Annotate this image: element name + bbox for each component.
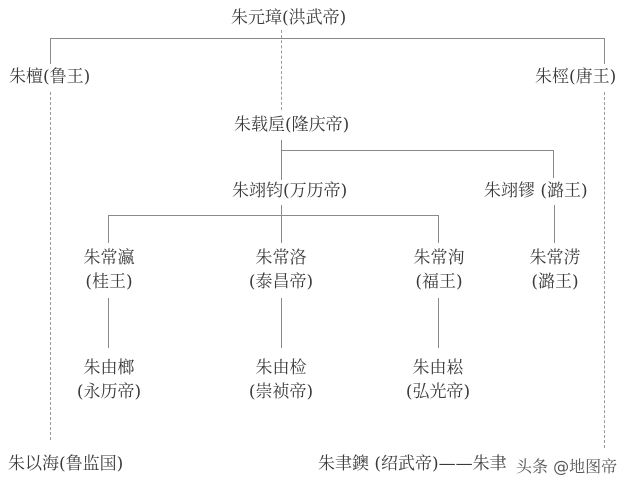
connector-longqing-horizontal [281, 150, 553, 151]
node-name: 朱常瀛 [74, 246, 144, 270]
node-taichang: 朱常洛 (泰昌帝) [236, 246, 326, 294]
node-name: 朱由榔 [64, 356, 154, 380]
node-name: 朱常淓 [520, 246, 590, 270]
node-name: 朱由崧 [393, 356, 483, 380]
node-shaowu: 朱聿鐭 (绍武帝)——朱聿 [318, 454, 507, 474]
connector-hongguang [438, 298, 439, 348]
node-chongzhen: 朱由检 (崇祯帝) [236, 356, 326, 404]
node-lu-wang-2: 朱常淓 (潞王) [520, 246, 590, 294]
family-tree-diagram: 朱元璋(洪武帝) 朱檀(鲁王) 朱桱(唐王) 朱载垕(隆庆帝) 朱翊钧(万历帝)… [0, 0, 640, 486]
node-title: (泰昌帝) [236, 270, 326, 294]
node-longqing: 朱载垕(隆庆帝) [234, 115, 349, 135]
node-gui-wang: 朱常瀛 (桂王) [74, 246, 144, 294]
node-name: 朱由检 [236, 356, 326, 380]
connector-chongzhen [281, 298, 282, 348]
node-title: (潞王) [520, 270, 590, 294]
node-wanli: 朱翊钧(万历帝) [232, 181, 347, 201]
connector-root-left [50, 38, 51, 64]
dashed-descent-root [281, 30, 282, 110]
node-name: 朱常洵 [404, 246, 474, 270]
connector-yongli [108, 298, 109, 348]
node-yongli: 朱由榔 (永历帝) [64, 356, 154, 404]
node-zhu-jing: 朱桱(唐王) [535, 67, 616, 87]
node-zhu-tan: 朱檀(鲁王) [9, 67, 90, 87]
connector-wanli-down [281, 205, 282, 243]
node-title: (崇祯帝) [236, 380, 326, 404]
connector-lu-wang-2 [554, 205, 555, 243]
dashed-descent-lu [50, 92, 51, 440]
node-lu-jianguo: 朱以海(鲁监国) [8, 454, 123, 474]
connector-gui-wang [108, 215, 109, 243]
node-name: 朱常洛 [236, 246, 326, 270]
node-fu-wang: 朱常洵 (福王) [404, 246, 474, 294]
node-lu-wang-1: 朱翊镠 (潞王) [484, 181, 588, 201]
connector-fu-wang [438, 215, 439, 243]
node-title: (桂王) [74, 270, 144, 294]
node-title: (永历帝) [64, 380, 154, 404]
node-hongguang: 朱由崧 (弘光帝) [393, 356, 483, 404]
connector-wanli-horizontal [108, 215, 438, 216]
node-title: (弘光帝) [393, 380, 483, 404]
connector-lu-wang-1 [553, 150, 554, 178]
connector-root-right [604, 38, 605, 64]
connector-longqing-down [281, 140, 282, 180]
connector-root-horizontal [50, 38, 605, 39]
watermark: 头条 @地图帝 [516, 454, 617, 477]
node-title: (福王) [404, 270, 474, 294]
node-zhu-yuanzhang: 朱元璋(洪武帝) [231, 8, 346, 28]
dashed-descent-tang [604, 92, 605, 448]
